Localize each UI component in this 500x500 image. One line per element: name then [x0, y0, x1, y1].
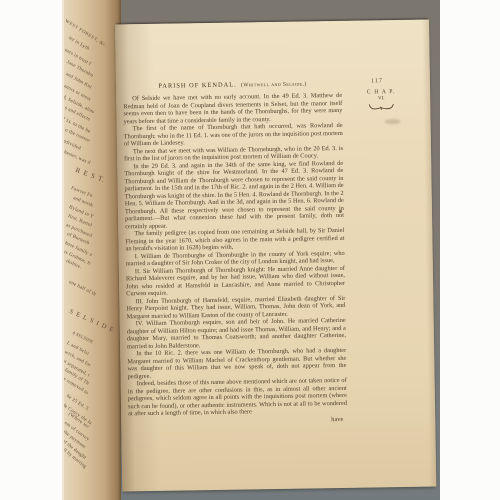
book-photo: WEST FOREST, &c.ter in Lythners in trust… — [0, 0, 500, 500]
pencil-smudge — [385, 119, 401, 124]
paragraph: In the 10 Ric. 2. there was one William … — [127, 347, 346, 380]
paragraph: IV. William Thornburgh esquire, son and … — [127, 317, 346, 350]
header-subtitle: (Whitwell and Selside.) — [241, 81, 307, 88]
paragraph: Of Selside we have met with no early acc… — [123, 92, 342, 125]
paragraph: Indeed, besides those of this name above… — [128, 377, 348, 418]
ink-stain — [339, 210, 342, 213]
paragraph: II. Sir William Thornburgh of Thornburgh… — [126, 264, 345, 297]
body-text: Of Selside we have met with no early acc… — [123, 92, 347, 426]
chapter-note-line: C H A P. — [363, 89, 399, 96]
book-page: PARISH OF KENDAL. (Whitwell and Selside.… — [115, 20, 436, 492]
page-fragment: d SELSIDE — [72, 330, 95, 344]
chapter-note-line: VI. — [363, 96, 399, 103]
chapter-flourish — [368, 103, 394, 111]
page-fragment: hester, was d — [63, 150, 91, 166]
page-header: PARISH OF KENDAL. (Whitwell and Selside.… — [123, 80, 342, 90]
facing-page-edge: WEST FOREST, &c.ter in Lythners in trust… — [62, 0, 121, 500]
page-fragment: WEST FOREST, &c. — [64, 18, 108, 48]
paragraph-list: Of Selside we have met with no early acc… — [123, 92, 347, 418]
page-fragment: ter in Lyth — [68, 36, 90, 52]
header-title: PARISH OF KENDAL. — [158, 82, 236, 90]
page-number: 117 — [371, 77, 383, 84]
paragraph: In the 29 Ed. 3. and again in the 34th o… — [124, 159, 344, 230]
page-fragment: R E S T. — [74, 166, 106, 184]
chapter-note: C H A P. VI. — [363, 89, 399, 112]
page-fragment: one half of th — [68, 280, 97, 297]
